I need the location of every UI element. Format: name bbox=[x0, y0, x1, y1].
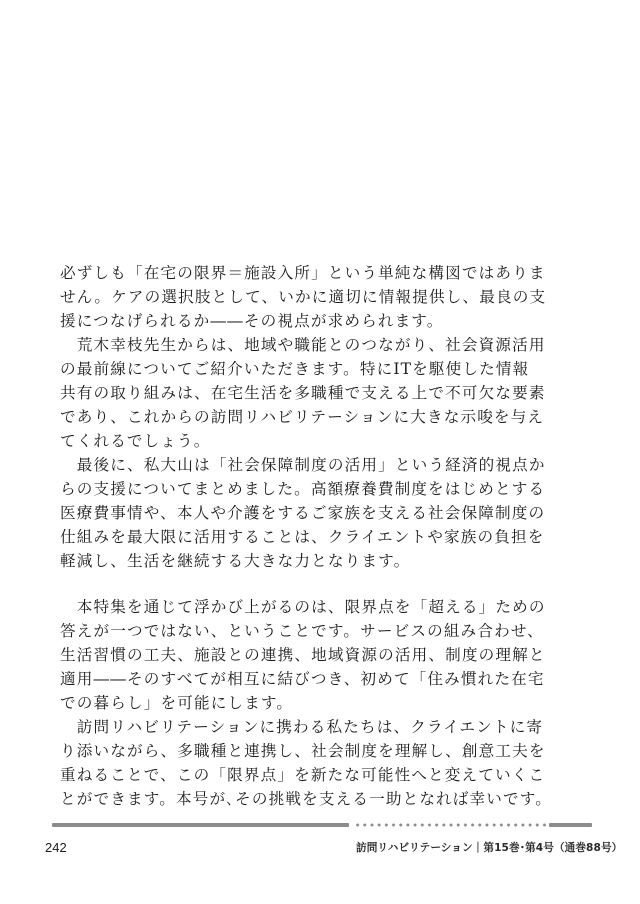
footer-rule-solid-right bbox=[549, 823, 592, 827]
text-line: とができます。本号が､その挑戦を支える一助となれば幸いです。 bbox=[60, 787, 420, 811]
text-line: り添いながら、多職種と連携し、社会制度を理解し、創意工夫を bbox=[60, 739, 420, 763]
footer-rule-solid-left bbox=[52, 823, 349, 827]
text-line: であり、これからの訪問リハビリテーションに大きな示唆を与え bbox=[60, 405, 420, 429]
footer-rule bbox=[52, 823, 592, 827]
footer-rule-dots bbox=[354, 823, 548, 827]
text-line: での暮らし」を可能にします。 bbox=[60, 691, 420, 715]
text-line: 荒木幸枝先生からは、地域や職能とのつながり、社会資源活用 bbox=[60, 333, 420, 357]
text-line: 最後に、私大山は「社会保障制度の活用」という経済的視点か bbox=[60, 453, 420, 477]
text-line: 軽減し、生活を継続する大きな力となります。 bbox=[60, 549, 420, 573]
text-line: 重ねることで、この「限界点」を新たな可能性へと変えていくこ bbox=[60, 763, 420, 787]
text-line: 訪問リハビリテーションに携わる私たちは、クライエントに寄 bbox=[60, 715, 420, 739]
paragraph-spacer bbox=[60, 573, 420, 595]
paragraph: 必ずしも「在宅の限界＝施設入所」という単純な構図ではありま せん。ケアの選択肢と… bbox=[60, 261, 420, 333]
text-line: 医療費事情や、本人や介護をするご家族を支える社会保障制度の bbox=[60, 501, 420, 525]
text-line: 本特集を通じて浮かび上がるのは、限界点を「超える」ための bbox=[60, 595, 420, 619]
text-line: 必ずしも「在宅の限界＝施設入所」という単純な構図ではありま bbox=[60, 261, 420, 285]
text-line: 共有の取り組みは、在宅生活を多職種で支える上で不可欠な要素 bbox=[60, 381, 420, 405]
paragraph: 最後に、私大山は「社会保障制度の活用」という経済的視点か らの支援についてまとめ… bbox=[60, 453, 420, 573]
paragraph: 訪問リハビリテーションに携わる私たちは、クライエントに寄 り添いながら、多職種と… bbox=[60, 715, 420, 811]
text-line: らの支援についてまとめました。高額療養費制度をはじめとする bbox=[60, 477, 420, 501]
running-footer-title: 訪問リハビリテーション｜第15巻･第4号（通巻88号） bbox=[356, 840, 622, 855]
article-body: 必ずしも「在宅の限界＝施設入所」という単純な構図ではありま せん。ケアの選択肢と… bbox=[60, 261, 420, 811]
text-line: 援につなげられるか――その視点が求められます。 bbox=[60, 309, 420, 333]
text-line: の最前線についてご紹介いただきます。特にITを駆使した情報 bbox=[60, 357, 420, 381]
text-line: てくれるでしょう。 bbox=[60, 429, 420, 453]
page-number: 242 bbox=[45, 840, 67, 855]
text-line: 答えが一つではない、ということです。サービスの組み合わせ、 bbox=[60, 619, 420, 643]
text-line: 適用――そのすべてが相互に結びつき、初めて「住み慣れた在宅 bbox=[60, 667, 420, 691]
paragraph: 荒木幸枝先生からは、地域や職能とのつながり、社会資源活用 の最前線についてご紹介… bbox=[60, 333, 420, 453]
text-line: 生活習慣の工夫、施設との連携、地域資源の活用、制度の理解と bbox=[60, 643, 420, 667]
paragraph: 本特集を通じて浮かび上がるのは、限界点を「超える」ための 答えが一つではない、と… bbox=[60, 595, 420, 715]
text-line: せん。ケアの選択肢として、いかに適切に情報提供し、最良の支 bbox=[60, 285, 420, 309]
text-line: 仕組みを最大限に活用することは、クライエントや家族の負担を bbox=[60, 525, 420, 549]
